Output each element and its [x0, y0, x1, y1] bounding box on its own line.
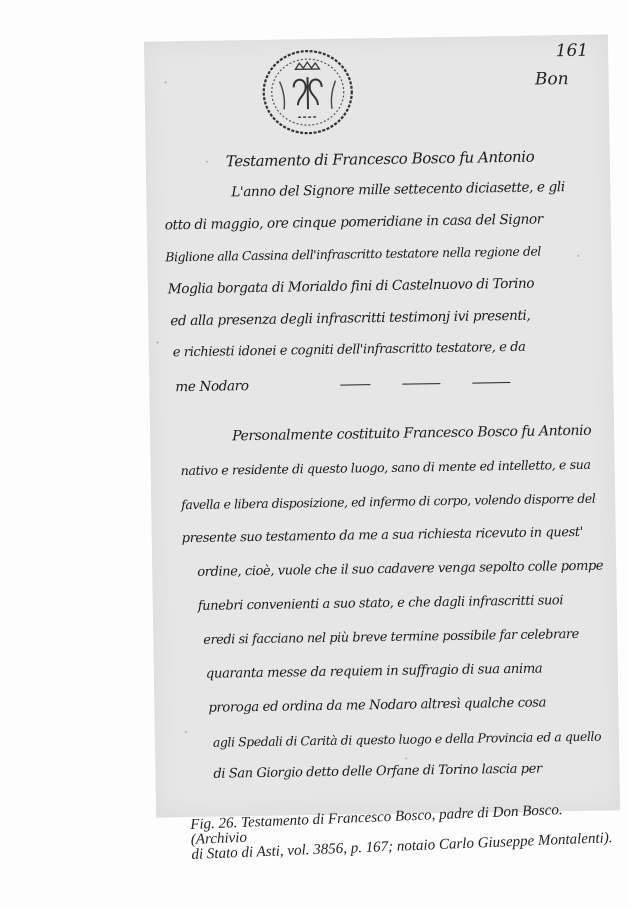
speck [206, 161, 208, 163]
text-line: Moglia borgata di Morialdo fini di Caste… [168, 276, 535, 298]
speck [185, 731, 187, 733]
text-line: Personalmente costituito Francesco Bosco… [232, 423, 591, 445]
text-line: e richiesti idonei e cogniti dell'infras… [173, 340, 526, 361]
text-line: agli Spedali di Carità di questo luogo e… [213, 729, 601, 750]
document-title: Testamento di Francesco Bosco fu Antonio [226, 148, 535, 171]
text-line: eredi si facciano nel più breve termine … [203, 627, 579, 648]
speck [577, 255, 579, 257]
handwritten-text: Testamento di Francesco Bosco fu Antonio… [144, 34, 608, 41]
dash-mark [402, 383, 440, 385]
text-line: ordine, cioè, vuole che il suo cadavere … [197, 559, 603, 580]
text-fragment: me Nodaro [175, 378, 248, 395]
text-line: L'anno del Signore mille settecento dici… [231, 179, 565, 200]
manuscript-photograph: 161 Bon Testamento di Francesco Bosco fu… [144, 34, 620, 817]
speck [165, 81, 167, 83]
dash-mark [472, 382, 510, 384]
speck [157, 341, 159, 343]
text-line: presente suo testamento da me a sua rich… [182, 525, 583, 546]
text-line: ed alla presenza degli infrascritti test… [170, 308, 530, 330]
text-line-with-dashes: me Nodaro [175, 374, 524, 395]
text-line: di San Giorgio detto delle Orfane di Tor… [213, 762, 542, 782]
text-line: nativo e residente di questo luogo, sano… [181, 457, 591, 478]
text-line: quaranta messe da requiem in suffragio d… [206, 662, 543, 682]
text-line: proroga ed ordina da me Nodaro altresì q… [208, 695, 546, 715]
margin-annotation: Bon [535, 69, 569, 90]
text-line: funebri convenienti a suo stato, e che d… [198, 593, 563, 614]
text-line: Biglione alla Cassina dell'infrascritto … [165, 243, 541, 264]
dash-mark [340, 384, 370, 385]
text-line: otto di maggio, ore cinque pomeridiane i… [165, 211, 543, 233]
text-line: favella e libera disposizione, ed inferm… [181, 491, 595, 513]
page-number: 161 [556, 41, 589, 62]
speck [405, 758, 407, 760]
notarial-seal-icon [259, 46, 356, 137]
